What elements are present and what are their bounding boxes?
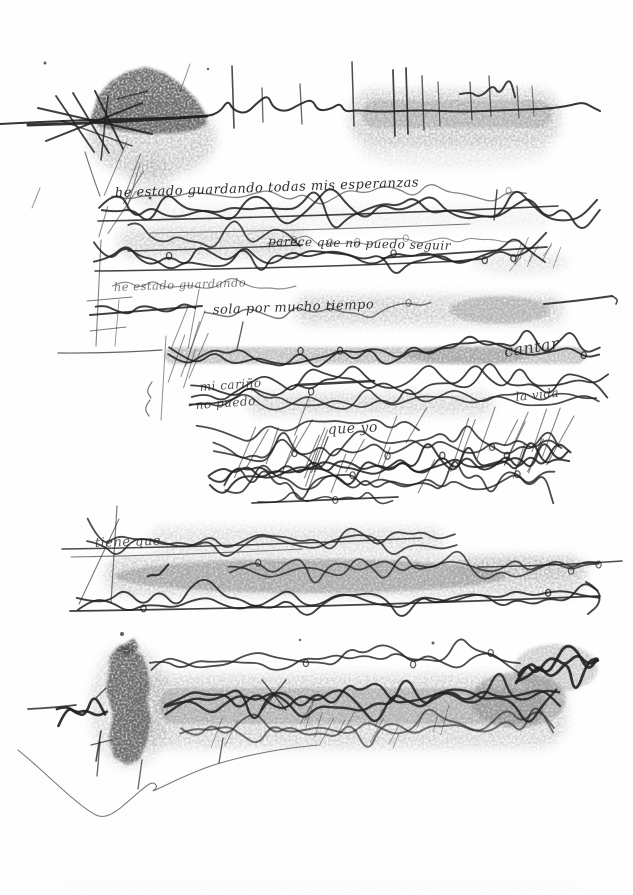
- bottom-ink-column: [106, 645, 151, 765]
- row-p-scrawl-loop: [303, 660, 308, 667]
- k-hatch: [418, 460, 435, 493]
- top-right-band-core: [362, 100, 552, 128]
- top-stray-2: [32, 188, 40, 208]
- margin-horiz-1: [87, 297, 132, 301]
- row-p-scrawl: [151, 645, 518, 672]
- ink-speck-2: [149, 197, 152, 200]
- row-sola-smudge-core: [450, 296, 550, 324]
- ink-speck-4: [207, 68, 209, 70]
- margin-vert-2: [115, 300, 119, 346]
- ink-speck-1: [120, 632, 124, 636]
- k-hatch: [266, 428, 278, 464]
- top-stem-2: [262, 88, 263, 122]
- k-hatch: [378, 416, 397, 465]
- k-hatch: [543, 408, 561, 456]
- ink-speck-3: [44, 62, 47, 65]
- vert-g-left: [161, 336, 166, 420]
- ink-speck-5: [299, 639, 301, 641]
- bottom-pen-line: [18, 745, 318, 817]
- manuscript-page: he estado guardando todas mis esperanzas…: [0, 0, 633, 895]
- g-left-hatch: [171, 306, 188, 349]
- row-j-scrawl: [196, 420, 419, 441]
- f-hook: [612, 296, 617, 304]
- row-p-scrawl-loop: [410, 661, 415, 668]
- k-hatch: [378, 448, 390, 479]
- leadin-g: [58, 350, 162, 353]
- manuscript-canvas: he estado guardando todas mis esperanzas…: [0, 0, 633, 895]
- k-hatch: [331, 454, 346, 492]
- margin-horiz-2: [90, 327, 126, 331]
- bottom-scan-streak: [60, 884, 580, 890]
- fragment-mi-carino: mi cariño: [199, 376, 262, 394]
- strike-h: [296, 381, 374, 385]
- top-right-fringe: [360, 137, 550, 167]
- top-stem-1: [232, 66, 234, 128]
- row-f-left-scrawl: [96, 305, 196, 314]
- ink-speck-6: [432, 642, 435, 645]
- top-stray-3: [180, 64, 190, 92]
- paren-mark-1: [148, 382, 152, 398]
- paren-mark-2: [146, 400, 150, 416]
- descender-f: [237, 322, 243, 349]
